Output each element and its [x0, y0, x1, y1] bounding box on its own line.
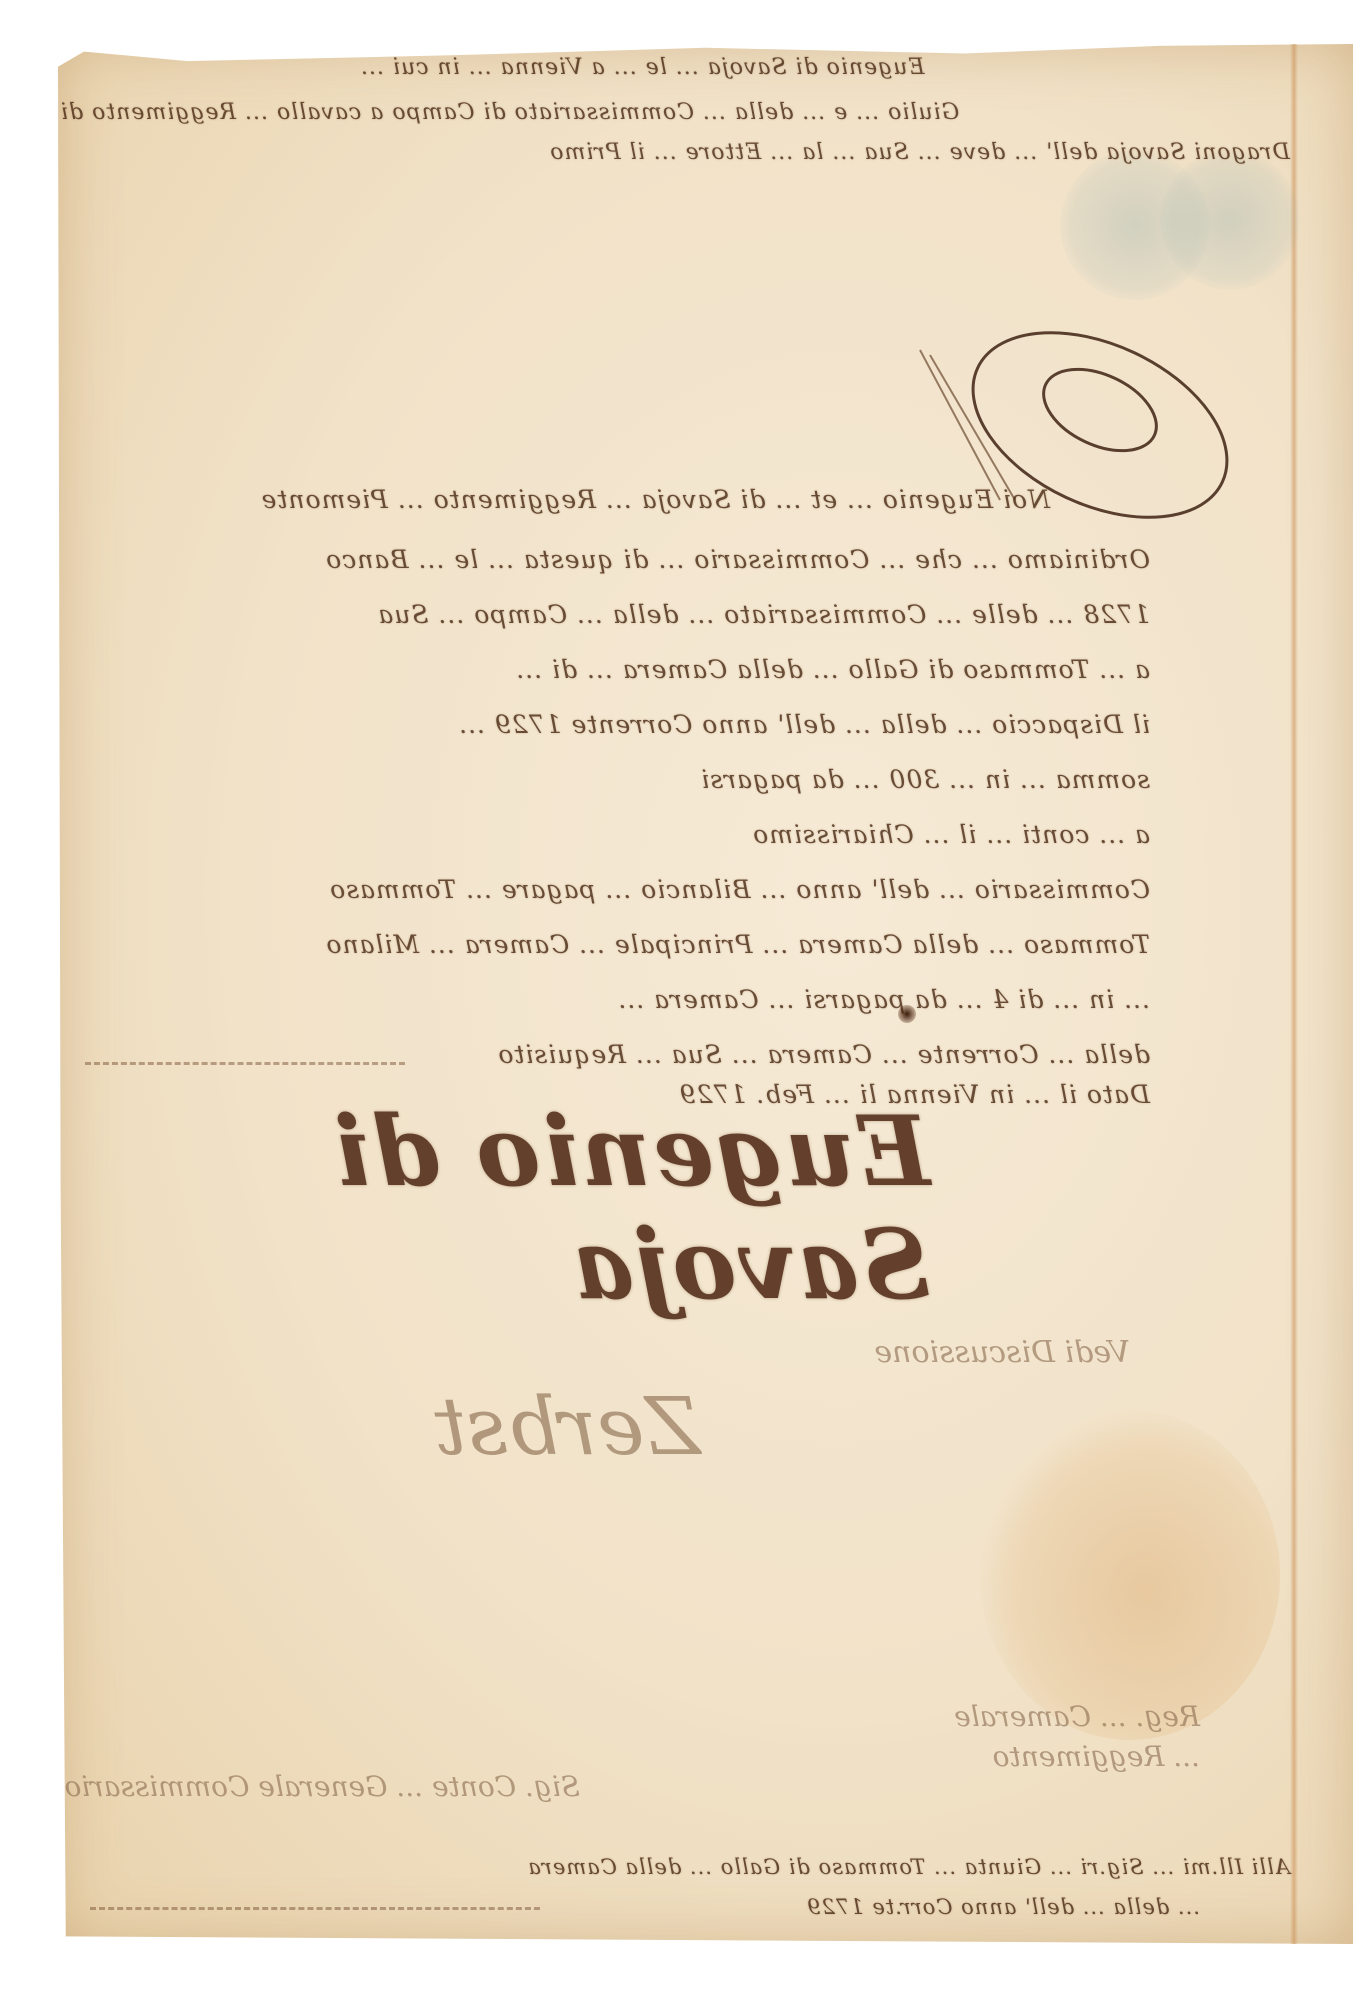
body-line-2: Ordiniamo ... che ... Commissario ... di…: [60, 545, 1150, 574]
body-line-4: a ... Tommaso di Gallo ... della Camera …: [60, 655, 1150, 684]
bottom-right-note-1: Reg. ... Camerale: [750, 1700, 1200, 1733]
body-line-8: Commissario ... dell' anno ... Bilancio …: [60, 875, 1150, 904]
body-line-1: Noi Eugenio ... et ... di Savoja ... Reg…: [60, 485, 1050, 514]
bottom-left-note: Sig. Conte ... Generale Commissario: [60, 1770, 580, 1803]
body-line-9: Tommaso ... della Camera ... Principale …: [60, 930, 1150, 959]
bottom-dashes: [90, 1907, 540, 1910]
body-line-10: ... in ... di 4 ... da pagarsi ... Camer…: [60, 985, 1150, 1014]
header-line-3: Dragoni Savoja dell' ... deve ... Sua ..…: [60, 140, 1290, 165]
fold-crease: [1290, 44, 1298, 1944]
header-line-2: Giulio ... e ... della ... Commissariato…: [60, 100, 1290, 125]
body-line-5: il Dispaccio ... della ... dell' anno Co…: [60, 710, 1150, 739]
body-line-7: a ... conti ... il ... Chiarissimo: [60, 820, 1150, 849]
body-line-3: 1728 ... delle ... Commissariato ... del…: [60, 600, 1150, 629]
signature-eugenio-di-savoja: Eugenio di Savoja: [110, 1095, 930, 1321]
header-line-1: Eugenio di Savoja ... le ... a Vienna ..…: [360, 55, 1280, 80]
blue-stamp-right: [1160, 150, 1300, 290]
wax-seal-stain: [980, 1410, 1280, 1740]
countersignature: Zerbst: [300, 1380, 700, 1473]
body-line-6: somma ... in ... 300 ... da pagarsi: [60, 765, 1150, 794]
ink-blot: [898, 1005, 916, 1023]
bottom-right-note-2: ... Reggimento: [750, 1740, 1200, 1773]
salutation-flourish-icon: [830, 330, 1250, 550]
bottom-line-1: Alli Ill.mi ... Sig.ri ... Giunta ... To…: [60, 1855, 1290, 1879]
body-end-dashes: [85, 1062, 405, 1065]
bottom-line-2: ... della ... dell' anno Corr.te 1729: [560, 1895, 1200, 1919]
margin-note: Vedi Discussione: [800, 1335, 1130, 1370]
